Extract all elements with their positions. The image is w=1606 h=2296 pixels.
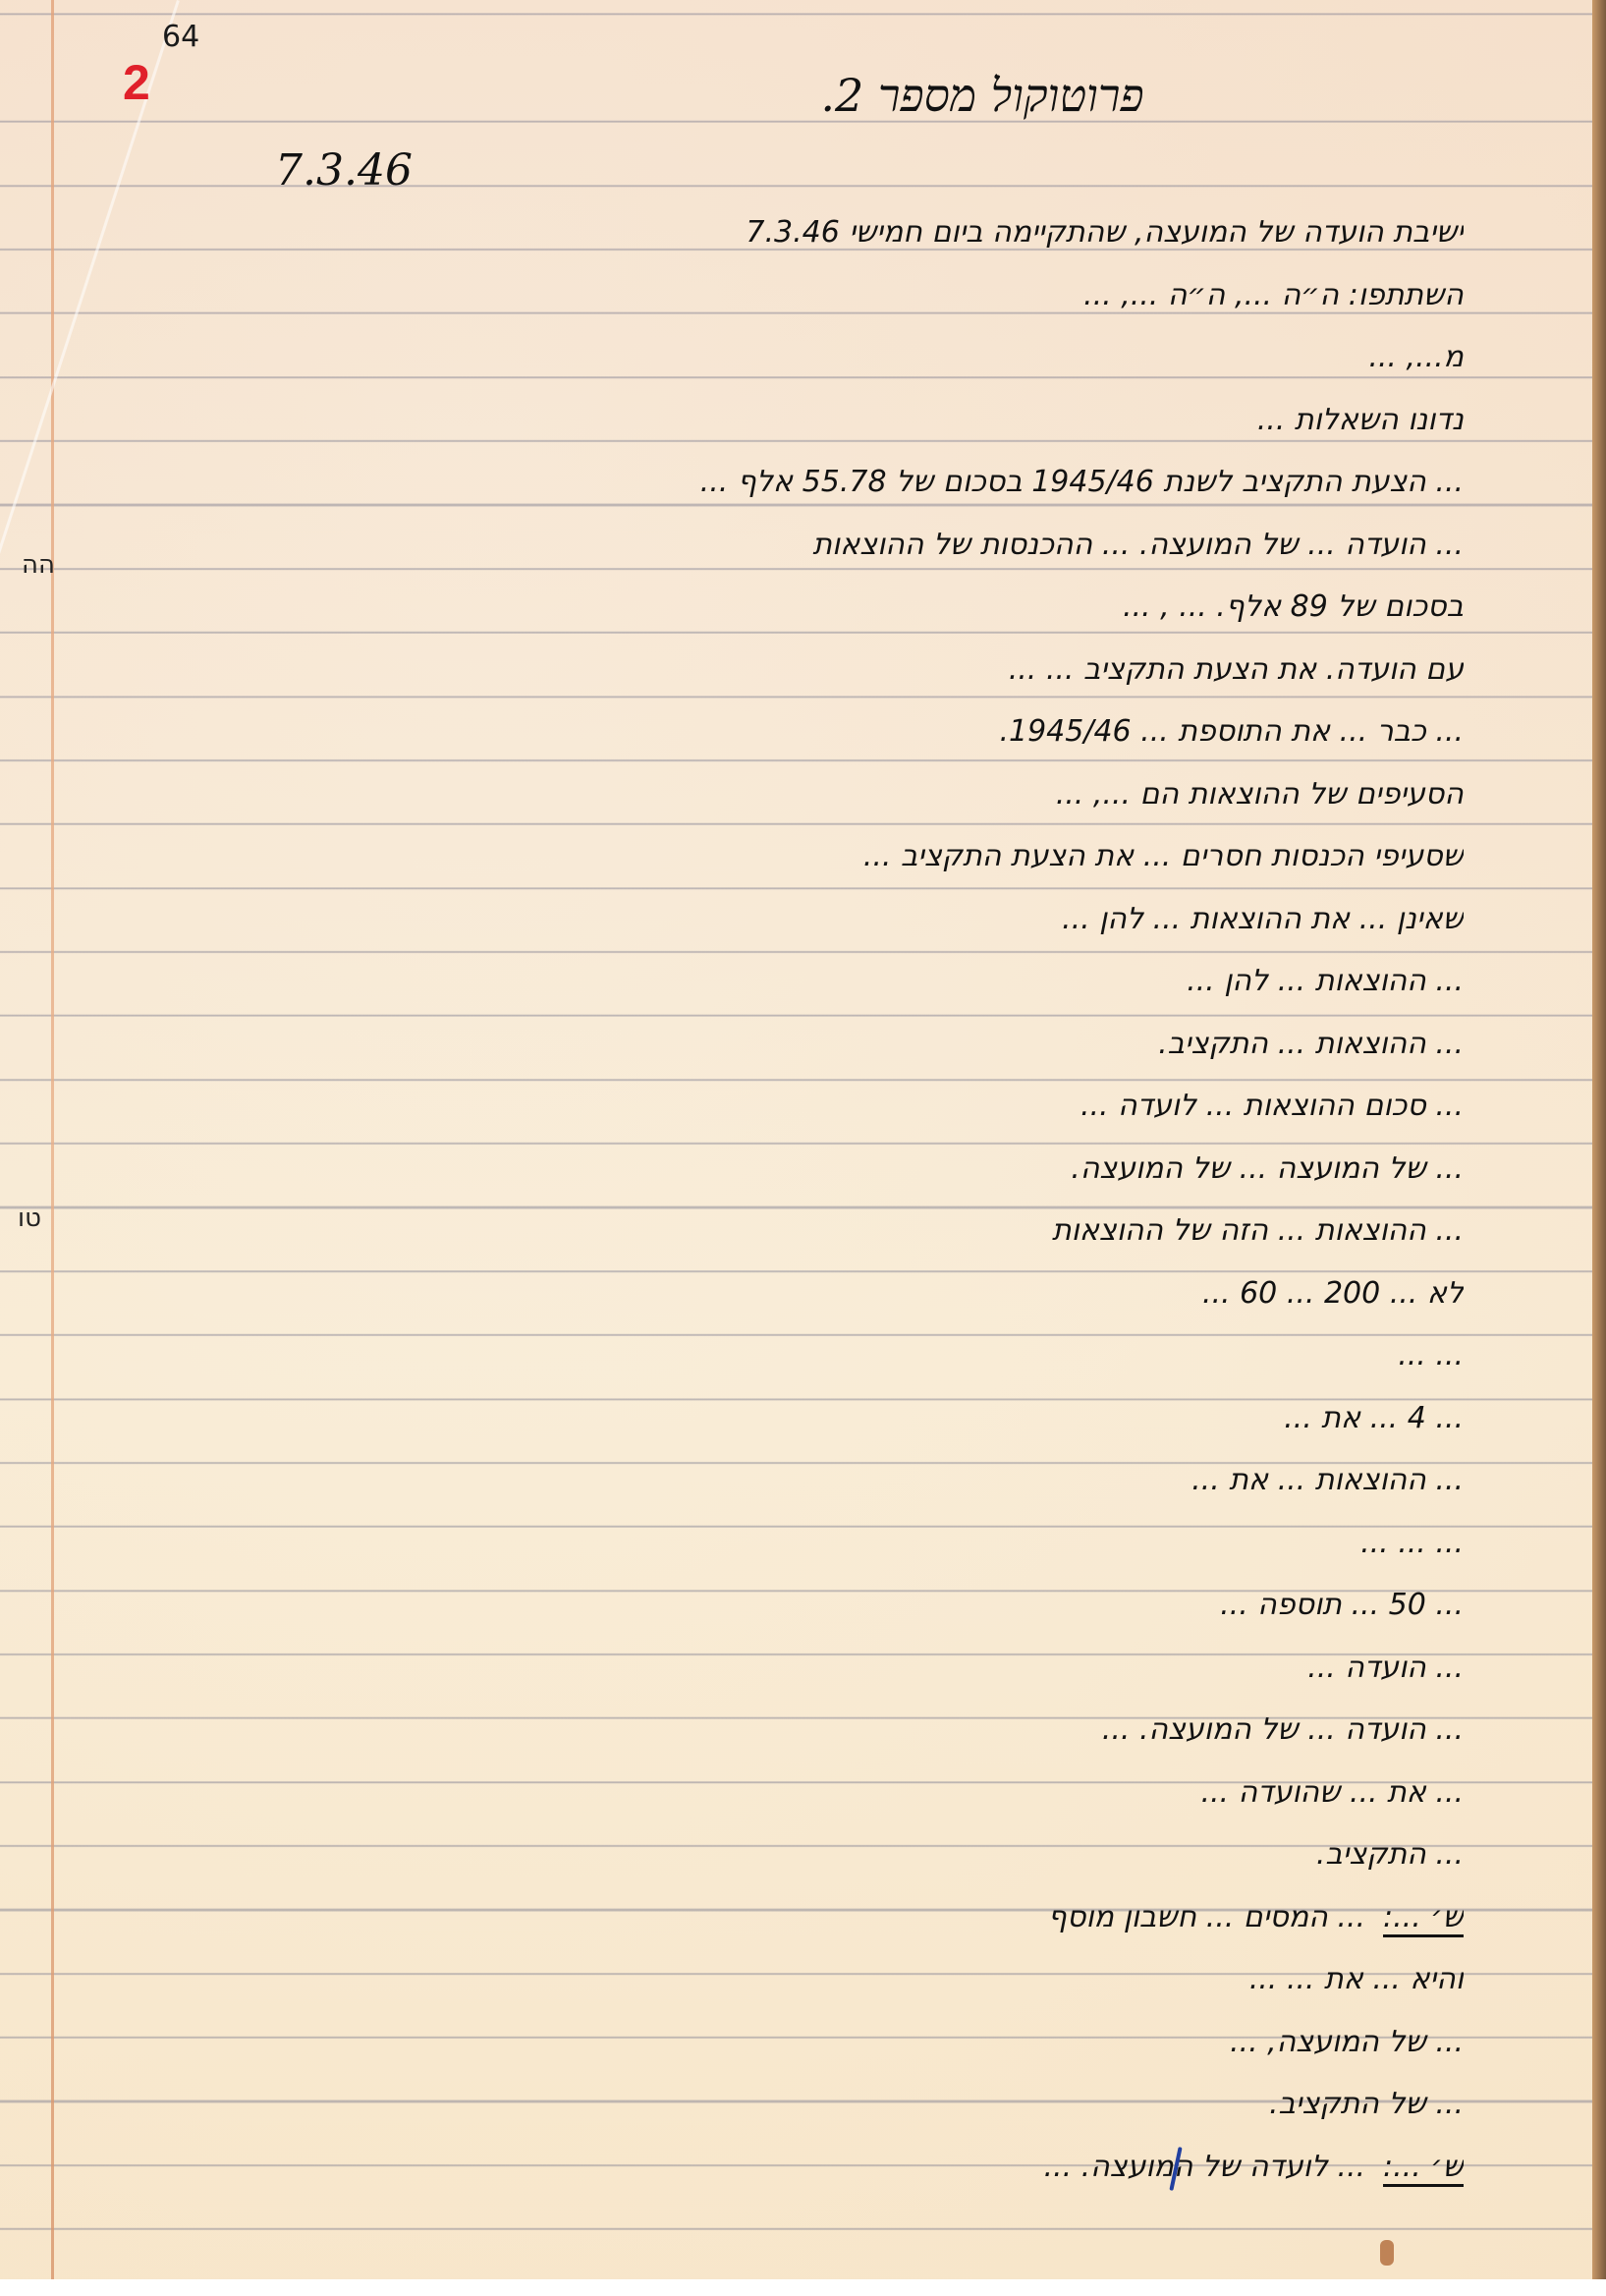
- text-line: ... ההוצאות ... הזה של ההוצאות: [93, 1200, 1464, 1262]
- speaker-heading: ש׳ ...:: [1383, 1900, 1464, 1934]
- line-text: ... הועדה ... של המועצה. ... ההכנסות של …: [812, 528, 1464, 562]
- text-line: השתתפו: ה״ה ..., ה״ה ..., ...: [93, 264, 1464, 327]
- text-line: ש׳ ...:... לועדה של המועצה. ...: [93, 2136, 1464, 2199]
- line-text: ... התקציב.: [1316, 1837, 1464, 1872]
- text-line: מ..., ...: [93, 326, 1464, 389]
- text-line: ... הועדה ... של המועצה. ...: [93, 1699, 1464, 1762]
- text-line: ... הועדה ...: [93, 1637, 1464, 1700]
- line-text: ... ההוצאות ... התקציב.: [1158, 1027, 1464, 1061]
- text-line: ... ההוצאות ... התקציב.: [93, 1013, 1464, 1076]
- document-title: פרוטוקול מספר 2.: [776, 69, 1189, 122]
- line-text: ... של המועצה, ...: [1230, 2025, 1464, 2059]
- line-text: ... של המועצה ... של המועצה.: [1071, 1151, 1464, 1186]
- line-text: ... ההוצאות ... להן ...: [1187, 964, 1464, 998]
- text-line: ... של המועצה ... של המועצה.: [93, 1138, 1464, 1201]
- page-label: 2: [123, 54, 150, 111]
- line-text: לא ... 200 ... 60 ...: [1202, 1276, 1464, 1311]
- text-line: בסכום של 89 אלף. ... , ...: [93, 576, 1464, 639]
- text-line: ... של התקציב.: [93, 2073, 1464, 2136]
- line-text: ישיבת הועדה של המועצה, שהתקיימה ביום חמי…: [746, 215, 1464, 250]
- line-text: ... הועדה ...: [1307, 1651, 1464, 1685]
- line-text: ... 4 ... את ...: [1284, 1401, 1464, 1435]
- line-text: ... הועדה ... של המועצה. ...: [1102, 1712, 1464, 1747]
- line-text: הסעיפים של ההוצאות הם ..., ...: [1056, 777, 1464, 812]
- line-text: ... 50 ... תוספה ...: [1220, 1588, 1464, 1622]
- text-line: נדונו השאלות ...: [93, 389, 1464, 452]
- text-line: ישיבת הועדה של המועצה, שהתקיימה ביום חמי…: [93, 201, 1464, 264]
- line-text: ... של התקציב.: [1269, 2087, 1464, 2121]
- page-edge-shadow: [1592, 0, 1606, 2279]
- margin-note: הה: [22, 550, 55, 580]
- scanned-page: 64 2 פרוטוקול מספר 2. 7.3.46 ישיבת הועדה…: [0, 0, 1606, 2279]
- margin-note: טו: [18, 1204, 41, 1233]
- handwritten-text-body: ישיבת הועדה של המועצה, שהתקיימה ביום חמי…: [93, 201, 1464, 2198]
- line-text: ... לועדה של המועצה. ...: [1044, 2150, 1366, 2184]
- text-line: ש׳ ...:... המסים ... חשבון מוסף: [93, 1886, 1464, 1949]
- meeting-date: 7.3.46: [275, 145, 413, 196]
- line-text: ... המסים ... חשבון מוסף: [1048, 1900, 1365, 1934]
- scan-border: [0, 2279, 1606, 2296]
- text-line: והיא ... את ... ...: [93, 1948, 1464, 2011]
- line-text: שאינן ... את ההוצאות ... להן ...: [1062, 902, 1464, 936]
- text-line: ... התקציב.: [93, 1823, 1464, 1886]
- text-line: ... את ... שהועדה ...: [93, 1762, 1464, 1824]
- text-line: ... ההוצאות ... את ...: [93, 1449, 1464, 1512]
- line-text: ... ...: [1398, 1338, 1464, 1372]
- margin-rule: [51, 0, 54, 2279]
- text-line: שסעיפי הכנסות חסרים ... את הצעת התקציב .…: [93, 825, 1464, 888]
- text-line: ... ... ...: [93, 1512, 1464, 1575]
- text-line: ... הועדה ... של המועצה. ... ההכנסות של …: [93, 514, 1464, 577]
- line-text: ... ... ...: [1360, 1526, 1464, 1560]
- line-text: ... ההוצאות ... את ...: [1191, 1463, 1464, 1497]
- line-text: מ..., ...: [1368, 340, 1464, 374]
- paper-stain: [1380, 2240, 1394, 2266]
- text-line: ... כבר ... את התוספת ... 1945/46.: [93, 700, 1464, 763]
- line-text: ... כבר ... את התוספת ... 1945/46.: [999, 714, 1464, 749]
- line-text: בסכום של 89 אלף. ... , ...: [1123, 589, 1464, 624]
- line-text: והיא ... את ... ...: [1249, 1962, 1464, 1996]
- text-line: ... ...: [93, 1324, 1464, 1387]
- text-line: לא ... 200 ... 60 ...: [93, 1262, 1464, 1325]
- text-line: שאינן ... את ההוצאות ... להן ...: [93, 888, 1464, 951]
- line-text: ... את ... שהועדה ...: [1200, 1775, 1464, 1810]
- text-line: ... 4 ... את ...: [93, 1387, 1464, 1450]
- text-line: ... הצעת התקציב לשנת 1945/46 בסכום של 55…: [93, 451, 1464, 514]
- text-line: ... ההוצאות ... להן ...: [93, 950, 1464, 1013]
- line-text: ... ההוצאות ... הזה של ההוצאות: [1052, 1213, 1464, 1248]
- line-text: השתתפו: ה״ה ..., ה״ה ..., ...: [1083, 278, 1464, 312]
- line-text: ... סכום ההוצאות ... לועדה ...: [1080, 1089, 1464, 1123]
- page-number: 64: [162, 20, 199, 54]
- speaker-heading: ש׳ ...:: [1383, 2150, 1464, 2184]
- text-line: ... 50 ... תוספה ...: [93, 1574, 1464, 1637]
- text-line: ... של המועצה, ...: [93, 2011, 1464, 2074]
- line-text: עם הועדה. את הצעת התקציב ... ...: [1009, 652, 1464, 687]
- line-text: נדונו השאלות ...: [1257, 403, 1464, 437]
- text-line: הסעיפים של ההוצאות הם ..., ...: [93, 763, 1464, 826]
- line-text: ... הצעת התקציב לשנת 1945/46 בסכום של 55…: [700, 465, 1464, 499]
- text-line: עם הועדה. את הצעת התקציב ... ...: [93, 639, 1464, 701]
- text-line: ... סכום ההוצאות ... לועדה ...: [93, 1075, 1464, 1138]
- line-text: שסעיפי הכנסות חסרים ... את הצעת התקציב .…: [863, 839, 1464, 873]
